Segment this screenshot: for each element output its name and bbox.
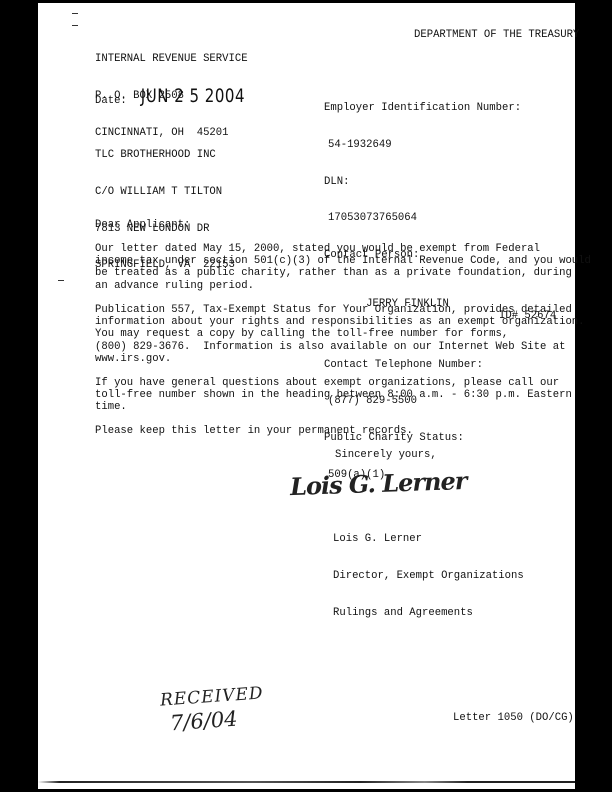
signatory-title: Director, Exempt Organizations <box>333 570 524 582</box>
received-date-annotation: 7/6/04 <box>169 707 238 736</box>
signatory-office: Rulings and Agreements <box>333 607 524 619</box>
salutation: Dear Applicant: <box>95 219 595 231</box>
signatory-block: Lois G. Lerner Director, Exempt Organiza… <box>333 509 524 643</box>
paragraph-4: Please keep this letter in your permanen… <box>95 425 595 437</box>
department-heading: DEPARTMENT OF THE TREASURY <box>414 29 579 41</box>
ein-label: Employer Identification Number: <box>324 102 521 114</box>
recipient-line: C/O WILLIAM T TILTON <box>95 186 235 198</box>
paragraph-2: Publication 557, Tax-Exempt Status for Y… <box>95 304 595 365</box>
bottom-rule <box>38 781 575 783</box>
margin-tick <box>72 13 78 14</box>
signature: Lois G. Lerner <box>290 466 467 501</box>
dln-label: DLN: <box>324 176 521 188</box>
valediction: Sincerely yours, <box>335 449 437 461</box>
form-id: Letter 1050 (DO/CG) <box>453 712 574 724</box>
date-stamp: JUN 2 5 2004 <box>141 85 245 108</box>
received-annotation: RECEIVED <box>159 683 264 710</box>
letter-page: INTERNAL REVENUE SERVICE P. O. BOX 2508 … <box>38 3 575 789</box>
sender-agency: INTERNAL REVENUE SERVICE <box>95 53 248 65</box>
paragraph-3: If you have general questions about exem… <box>95 377 595 414</box>
date-label: Date: <box>95 95 127 107</box>
ein-value: 54-1932649 <box>324 139 521 151</box>
signatory-name: Lois G. Lerner <box>333 533 524 545</box>
date-line: Date:JUN 2 5 2004 <box>95 89 245 108</box>
recipient-line: TLC BROTHERHOOD INC <box>95 149 235 161</box>
paragraph-1: Our letter dated May 15, 2000, stated yo… <box>95 243 595 292</box>
margin-tick <box>58 280 64 281</box>
margin-tick <box>72 25 78 26</box>
